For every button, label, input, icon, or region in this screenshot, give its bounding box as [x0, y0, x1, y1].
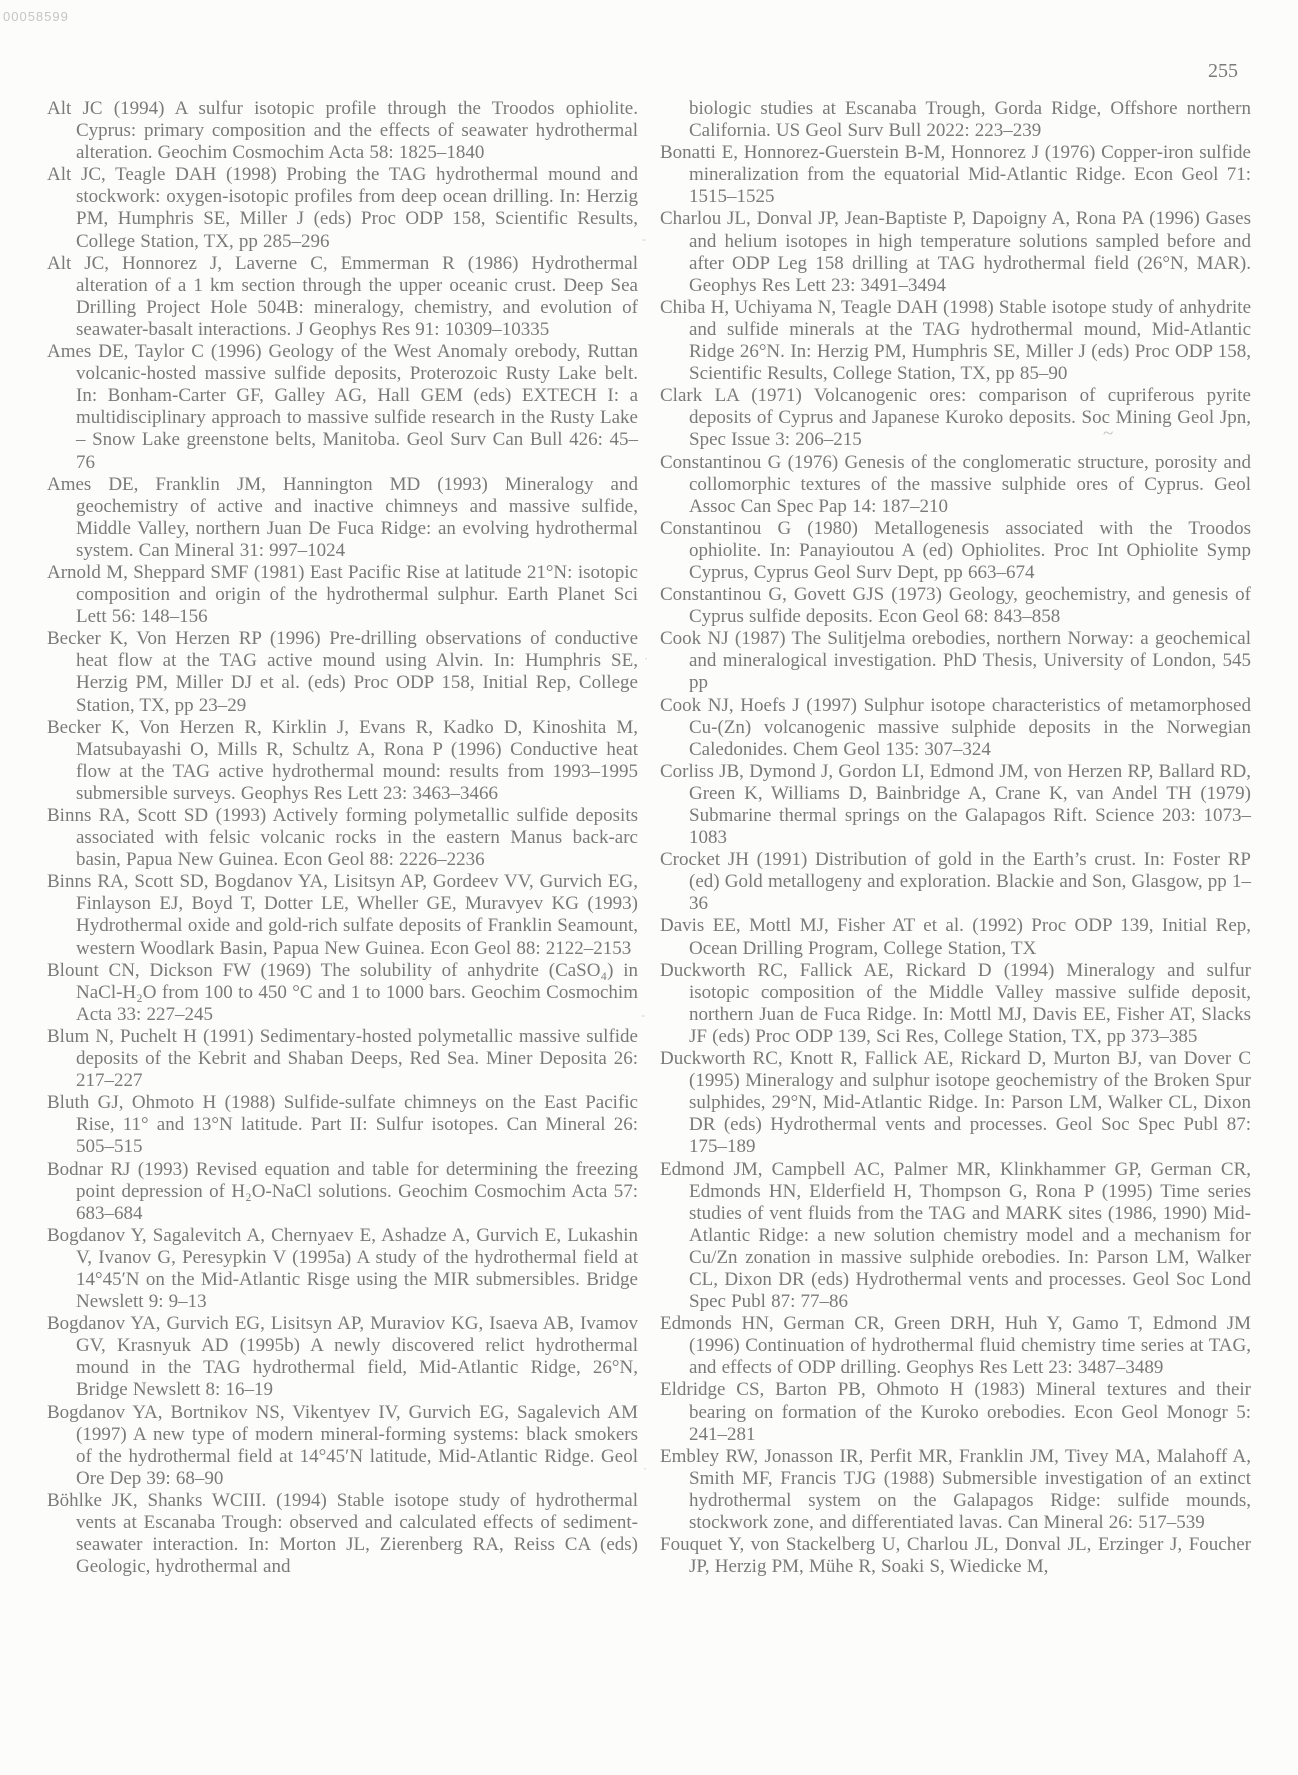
reference-entry: Binns RA, Scott SD, Bogdanov YA, Lisitsy… — [47, 871, 638, 959]
reference-entry: Bogdanov Y, Sagalevitch A, Chernyaev E, … — [47, 1225, 638, 1313]
reference-entry: Alt JC, Honnorez J, Laverne C, Emmerman … — [47, 253, 638, 341]
reference-entry: Constantinou G (1980) Metallogenesis ass… — [660, 518, 1251, 584]
reference-entry: Becker K, Von Herzen R, Kirklin J, Evans… — [47, 717, 638, 805]
references-columns: Alt JC (1994) A sulfur isotopic profile … — [47, 98, 1251, 1578]
reference-entry: Alt JC, Teagle DAH (1998) Probing the TA… — [47, 164, 638, 252]
reference-entry: Duckworth RC, Fallick AE, Rickard D (199… — [660, 960, 1251, 1048]
reference-entry: Cook NJ (1987) The Sulitjelma orebodies,… — [660, 628, 1251, 694]
scan-id-stamp: 00058599 — [3, 9, 69, 24]
reference-entry: Crocket JH (1991) Distribution of gold i… — [660, 849, 1251, 915]
reference-entry: Charlou JL, Donval JP, Jean-Baptiste P, … — [660, 208, 1251, 296]
reference-entry: Böhlke JK, Shanks WCIII. (1994) Stable i… — [47, 1490, 638, 1578]
reference-entry: Eldridge CS, Barton PB, Ohmoto H (1983) … — [660, 1379, 1251, 1445]
reference-entry: Davis EE, Mottl MJ, Fisher AT et al. (19… — [660, 915, 1251, 959]
reference-continuation: biologic studies at Escanaba Trough, Gor… — [660, 98, 1251, 142]
left-column: Alt JC (1994) A sulfur isotopic profile … — [47, 98, 638, 1578]
reference-entry: Constantinou G, Govett GJS (1973) Geolog… — [660, 584, 1251, 628]
right-column-entries: Bonatti E, Honnorez-Guerstein B-M, Honno… — [660, 142, 1251, 1578]
reference-entry: Blount CN, Dickson FW (1969) The solubil… — [47, 960, 638, 1026]
reference-entry: Duckworth RC, Knott R, Fallick AE, Ricka… — [660, 1048, 1251, 1158]
reference-entry: Corliss JB, Dymond J, Gordon LI, Edmond … — [660, 761, 1251, 849]
reference-entry: Chiba H, Uchiyama N, Teagle DAH (1998) S… — [660, 297, 1251, 385]
reference-entry: Embley RW, Jonasson IR, Perfit MR, Frank… — [660, 1446, 1251, 1534]
reference-entry: Edmond JM, Campbell AC, Palmer MR, Klink… — [660, 1159, 1251, 1314]
left-column-entries: Alt JC (1994) A sulfur isotopic profile … — [47, 98, 638, 1578]
right-column: biologic studies at Escanaba Trough, Gor… — [660, 98, 1251, 1578]
reference-entry: Bogdanov YA, Gurvich EG, Lisitsyn AP, Mu… — [47, 1313, 638, 1401]
scanned-paper-page: 00058599 255 Alt JC (1994) A sulfur isot… — [0, 0, 1298, 1775]
reference-entry: Alt JC (1994) A sulfur isotopic profile … — [47, 98, 638, 164]
reference-entry: Bonatti E, Honnorez-Guerstein B-M, Honno… — [660, 142, 1251, 208]
reference-entry: Constantinou G (1976) Genesis of the con… — [660, 452, 1251, 518]
page-number: 255 — [1208, 60, 1238, 83]
reference-entry: Arnold M, Sheppard SMF (1981) East Pacif… — [47, 562, 638, 628]
reference-entry: Binns RA, Scott SD (1993) Actively formi… — [47, 805, 638, 871]
reference-entry: Blum N, Puchelt H (1991) Sedimentary-hos… — [47, 1026, 638, 1092]
reference-entry: Bogdanov YA, Bortnikov NS, Vikentyev IV,… — [47, 1402, 638, 1490]
reference-entry: Edmonds HN, German CR, Green DRH, Huh Y,… — [660, 1313, 1251, 1379]
reference-entry: Clark LA (1971) Volcanogenic ores: compa… — [660, 385, 1251, 451]
reference-entry: Fouquet Y, von Stackelberg U, Charlou JL… — [660, 1534, 1251, 1578]
reference-entry: Ames DE, Taylor C (1996) Geology of the … — [47, 341, 638, 474]
reference-entry: Bodnar RJ (1993) Revised equation and ta… — [47, 1159, 638, 1225]
reference-entry: Ames DE, Franklin JM, Hannington MD (199… — [47, 474, 638, 562]
reference-entry: Bluth GJ, Ohmoto H (1988) Sulfide-sulfat… — [47, 1092, 638, 1158]
reference-entry: Becker K, Von Herzen RP (1996) Pre-drill… — [47, 628, 638, 716]
reference-entry: Cook NJ, Hoefs J (1997) Sulphur isotope … — [660, 695, 1251, 761]
